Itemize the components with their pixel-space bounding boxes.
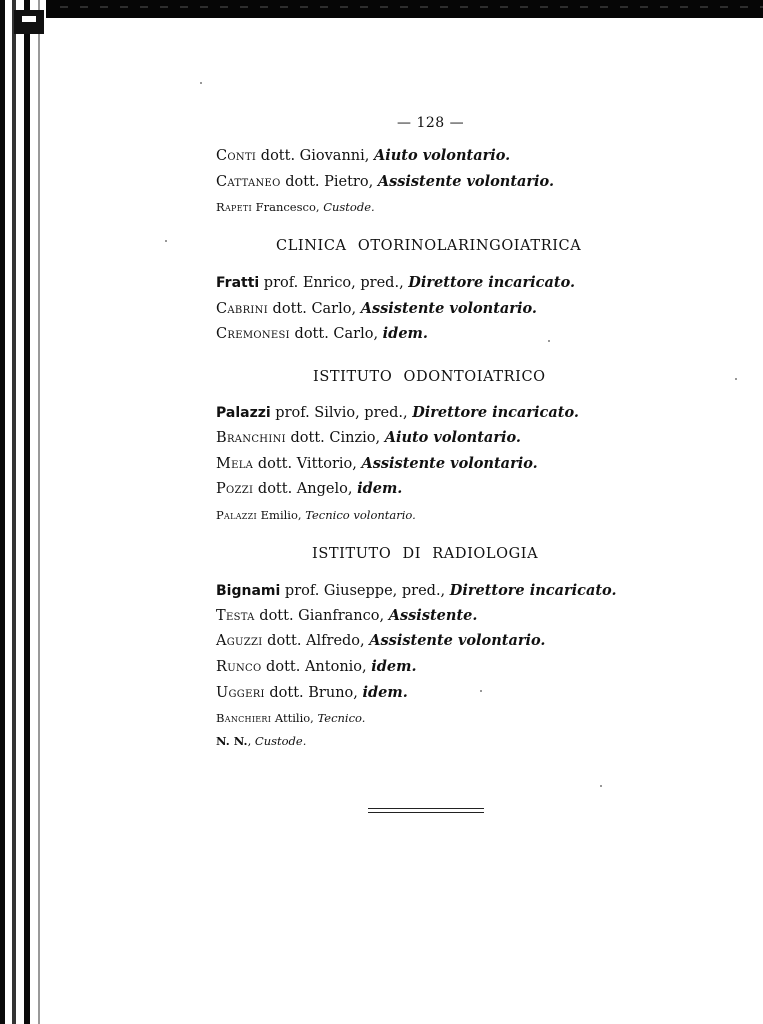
staff-entry: Aguzzi dott. Alfredo, Assistente volonta… — [216, 632, 545, 650]
surname: Mela — [216, 456, 253, 472]
staff-entry: Cattaneo dott. Pietro, Assistente volont… — [216, 173, 554, 191]
role: idem. — [357, 480, 402, 497]
surname: Runco — [216, 659, 261, 675]
role: Assistente volontario. — [361, 300, 537, 317]
staff-entry: Banchieri Attilio, Tecnico. — [216, 709, 365, 727]
name-title: dott. Cinzio, — [286, 430, 385, 446]
staff-entry: Palazzi prof. Silvio, pred., Direttore i… — [216, 404, 579, 422]
scan-speck — [480, 690, 482, 692]
page-corner-mark — [14, 10, 44, 34]
name-title: dott. Bruno, — [265, 685, 363, 701]
spine-line — [0, 0, 5, 1024]
role: Direttore incaricato. — [412, 404, 579, 421]
spine-line — [38, 0, 40, 1024]
staff-entry: Testa dott. Gianfranco, Assistente. — [216, 607, 477, 625]
staff-entry: Cabrini dott. Carlo, Assistente volontar… — [216, 300, 537, 318]
name-title: Emilio, — [257, 508, 305, 522]
name-title: dott. Alfredo, — [263, 633, 370, 649]
staff-entry: Conti dott. Giovanni, Aiuto volontario. — [216, 147, 510, 165]
surname: Rapeti — [216, 200, 252, 214]
scan-speck — [548, 340, 550, 342]
staff-entry: Bignami prof. Giuseppe, pred., Direttore… — [216, 582, 617, 600]
scan-speck — [165, 240, 167, 242]
section-heading: ISTITUTO DI RADIOLOGIA — [312, 546, 538, 562]
name-title: dott. Carlo, — [290, 326, 383, 342]
surname: Bignami — [216, 583, 280, 599]
page-number: — 128 — — [397, 115, 464, 131]
name-title: dott. Antonio, — [261, 659, 371, 675]
surname: Banchieri — [216, 711, 271, 725]
role: Assistente volontario. — [378, 173, 554, 190]
section-heading: ISTITUTO ODONTOIATRICO — [313, 369, 546, 385]
surname: Cremonesi — [216, 326, 290, 342]
name-title: dott. Angelo, — [253, 481, 357, 497]
staff-entry: Cremonesi dott. Carlo, idem. — [216, 325, 428, 343]
staff-entry: N. N., Custode. — [216, 732, 306, 750]
surname: Cattaneo — [216, 174, 281, 190]
surname: Uggeri — [216, 685, 265, 701]
end-double-rule — [368, 808, 484, 813]
surname: N. N. — [216, 734, 248, 748]
role: Custode. — [323, 200, 374, 214]
name-title: Francesco, — [252, 200, 323, 214]
role: Tecnico. — [318, 711, 366, 725]
staff-entry: Mela dott. Vittorio, Assistente volontar… — [216, 455, 538, 473]
name-title: dott. Giovanni, — [256, 148, 374, 164]
surname: Palazzi — [216, 405, 271, 421]
role: Assistente. — [389, 607, 478, 624]
scan-speck — [600, 785, 602, 787]
surname: Branchini — [216, 430, 286, 446]
name-title: dott. Vittorio, — [253, 456, 361, 472]
role: Aiuto volontario. — [385, 429, 521, 446]
section-heading: CLINICA OTORINOLARINGOIATRICA — [276, 238, 581, 254]
spine-line — [12, 0, 16, 1024]
staff-entry: Palazzi Emilio, Tecnico volontario. — [216, 506, 416, 524]
role: Direttore incaricato. — [450, 582, 617, 599]
surname: Aguzzi — [216, 633, 263, 649]
role: Direttore incaricato. — [408, 274, 575, 291]
name-title: , — [248, 734, 255, 748]
role: Aiuto volontario. — [374, 147, 510, 164]
name-title: prof. Giuseppe, pred., — [280, 583, 449, 599]
staff-entry: Pozzi dott. Angelo, idem. — [216, 480, 402, 498]
surname: Conti — [216, 148, 256, 164]
scan-top-border — [0, 0, 763, 18]
surname: Fratti — [216, 275, 259, 291]
name-title: dott. Carlo, — [268, 301, 361, 317]
name-title: dott. Pietro, — [281, 174, 378, 190]
staff-entry: Runco dott. Antonio, idem. — [216, 658, 417, 676]
scan-speck — [735, 378, 737, 380]
staff-entry: Rapeti Francesco, Custode. — [216, 198, 375, 216]
surname: Palazzi — [216, 508, 257, 522]
book-spine-edge — [0, 0, 46, 1024]
name-title: prof. Silvio, pred., — [271, 405, 413, 421]
surname: Testa — [216, 608, 255, 624]
name-title: Attilio, — [271, 711, 317, 725]
spine-line — [24, 0, 30, 1024]
scan-speck — [200, 82, 202, 84]
surname: Pozzi — [216, 481, 253, 497]
staff-entry: Fratti prof. Enrico, pred., Direttore in… — [216, 274, 575, 292]
role: idem. — [371, 658, 416, 675]
role: Assistente volontario. — [369, 632, 545, 649]
surname: Cabrini — [216, 301, 268, 317]
staff-entry: Branchini dott. Cinzio, Aiuto volontario… — [216, 429, 521, 447]
role: idem. — [363, 684, 408, 701]
role: Tecnico volontario. — [305, 508, 416, 522]
role: Assistente volontario. — [361, 455, 537, 472]
role: idem. — [383, 325, 428, 342]
role: Custode. — [255, 734, 306, 748]
name-title: prof. Enrico, pred., — [259, 275, 408, 291]
name-title: dott. Gianfranco, — [255, 608, 389, 624]
staff-entry: Uggeri dott. Bruno, idem. — [216, 684, 408, 702]
